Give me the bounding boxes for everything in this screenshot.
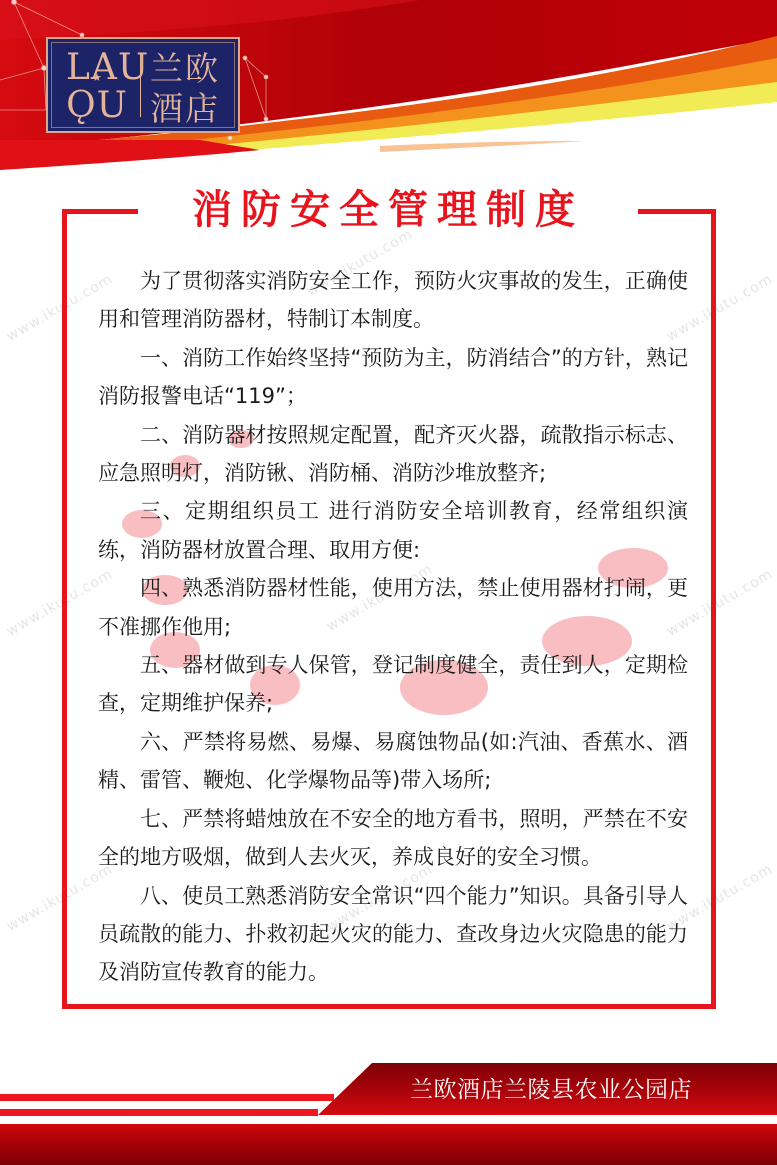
rule-6: 六、严禁将易燃、易爆、易腐蚀物品(如:汽油、香蕉水、酒精、雷管、鞭炮、化学爆物品… [98,723,688,800]
rule-8: 八、使员工熟悉消防安全常识“四个能力”知识。具备引导人员疏散的能力、扑救初起火灾… [98,877,688,992]
frame-top-right-line [638,209,716,214]
rule-7: 七、严禁将蜡烛放在不安全的地方看书，照明，严禁在不安全的地方吸烟，做到人去火灭，… [98,800,688,877]
rule-2: 二、消防器材按照规定配置，配齐灭火器，疏散指示标志、应急照明灯，消防锹、消防桶、… [98,416,688,493]
frame-left-border [62,209,67,1009]
frame-bottom-border [62,1004,716,1009]
footer-hotel-branch: 兰欧酒店兰陵县农业公园店 [410,1070,720,1110]
frame-top-left-line [62,209,138,214]
star-icon: ★ [92,59,103,97]
frame-right-border [711,209,716,1009]
hotel-logo: LAU ǪU ★ 兰欧 酒店 [46,37,240,133]
rule-3: 三、定期组织员工 进行消防安全培训教育，经常组织演练，消防器材放置合理、取用方便… [98,492,688,569]
rule-1: 一、消防工作始终坚持“预防为主，防消结合”的方针，熟记消防报警电话“119”； [98,339,688,416]
rule-5: 五、器材做到专人保管，登记制度健全，责任到人，定期检查，定期维护保养; [98,646,688,723]
header-banner: LAU ǪU ★ 兰欧 酒店 [0,0,777,175]
document-title: 消防安全管理制度 [140,180,636,240]
footer-band [0,1124,777,1165]
logo-latin-wordmark: LAU ǪU ★ [66,49,128,125]
logo-chinese-name: 兰欧 酒店 [150,49,234,129]
rule-4: 四、熟悉消防器材性能，使用方法，禁止使用器材打闹，更不准挪作他用; [98,569,688,646]
logo-divider [140,53,141,117]
intro-paragraph: 为了贯彻落实消防安全工作，预防火灾事故的发生，正确使用和管理消防器材，特制订本制… [98,262,688,339]
regulation-body: 为了贯彻落实消防安全工作，预防火灾事故的发生，正确使用和管理消防器材，特制订本制… [98,262,688,992]
